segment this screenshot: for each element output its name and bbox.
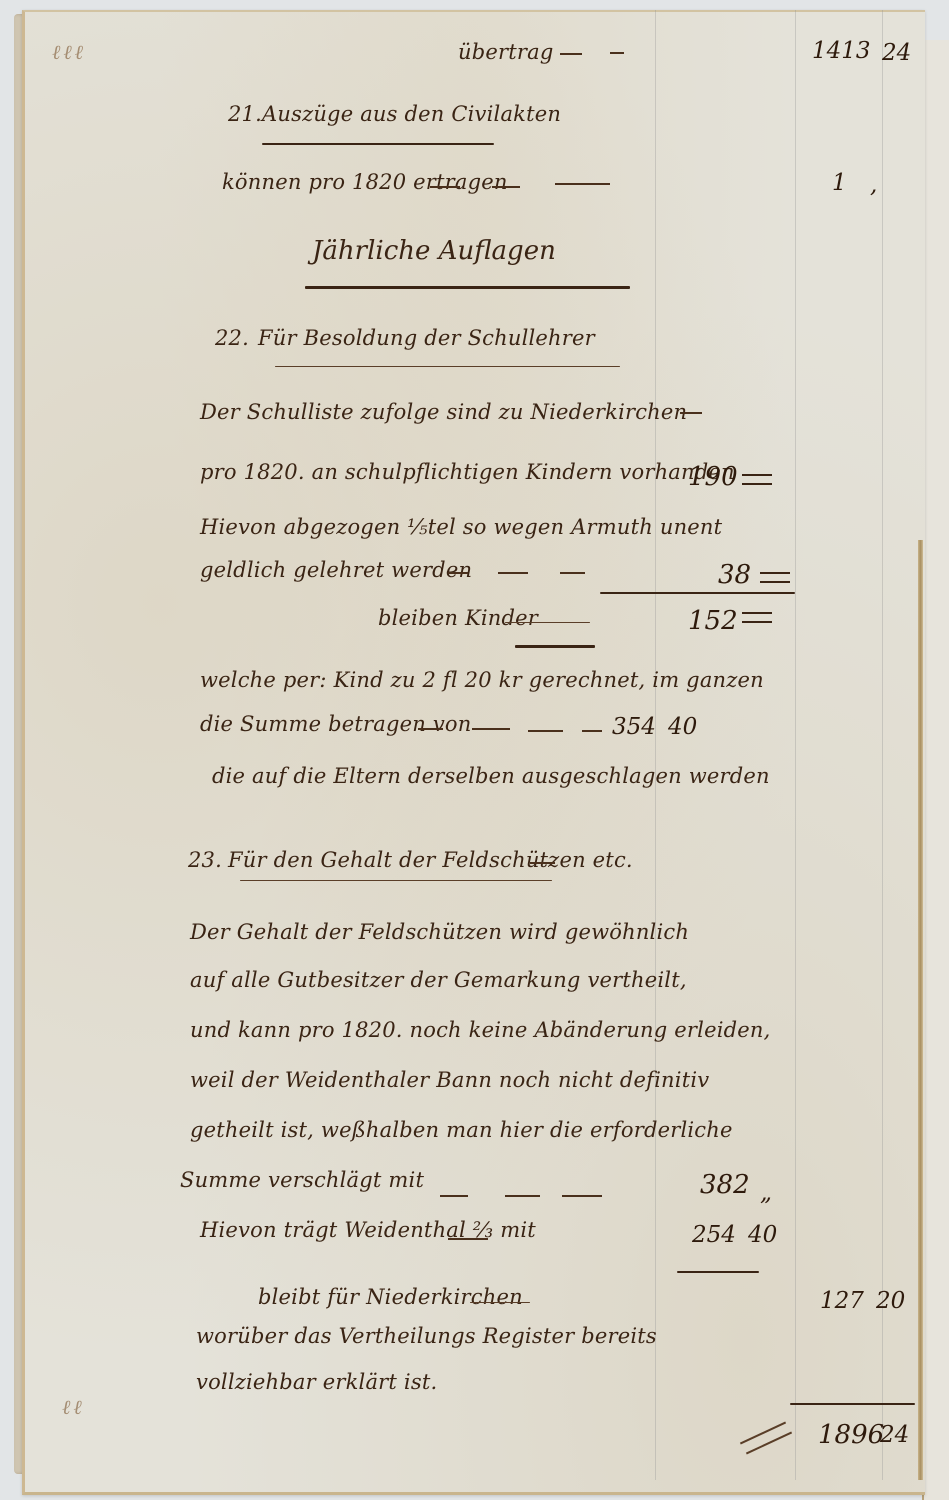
binding-gutter: [918, 540, 923, 1480]
section-22-calc-3: die auf die Eltern derselben ausgeschlag…: [212, 764, 770, 788]
filler-dash: [560, 53, 582, 55]
filler-dash: [430, 186, 460, 188]
filler-dash: [680, 412, 702, 414]
facing-page-edge: [922, 40, 949, 1500]
double-dash: [742, 612, 772, 623]
filler-dash: [560, 572, 585, 574]
children-total: 190: [688, 462, 738, 492]
filler-line: [505, 622, 590, 623]
filler-dash: [448, 572, 468, 574]
section-22-calc-2: die Summe betragen von: [200, 712, 471, 736]
column-rule-middle: [795, 10, 796, 1480]
summe-fl: 382: [700, 1170, 750, 1200]
carry-over-label: übertrag: [458, 40, 553, 64]
filler-line: [470, 1302, 530, 1303]
filler-dash: [448, 1238, 488, 1240]
filler-dash: [582, 730, 602, 732]
section-21-title: Auszüge aus den Civilakten: [262, 102, 561, 126]
children-deducted: 38: [718, 560, 751, 590]
page-total-kr: 24: [880, 1422, 909, 1448]
carry-over-fl: 1413: [812, 38, 871, 64]
double-dash: [760, 572, 790, 583]
filler-dash: [530, 862, 555, 864]
section-23-line-5: getheilt ist, weßhalben man hier die erf…: [190, 1118, 733, 1142]
ledger-page: [22, 10, 925, 1495]
section-23-line-8: bleibt für Niederkirchen: [258, 1285, 523, 1309]
total-rule: [790, 1403, 915, 1405]
section-22-title: Für Besoldung der Schullehrer: [258, 326, 595, 350]
scanned-document: ℓℓℓ ℓℓ übertrag 1413 24 21. Auszüge aus …: [0, 0, 949, 1500]
section-23-line-9: worüber das Vertheilungs Register bereit…: [196, 1324, 657, 1348]
section-22-calc-1: welche per: Kind zu 2 fl 20 kr gerechnet…: [200, 668, 764, 692]
filler-dash: [498, 572, 528, 574]
section-23-line-6: Summe verschlägt mit: [180, 1168, 424, 1192]
carry-over-kr: 24: [882, 40, 911, 66]
main-heading: Jährliche Auflagen: [312, 236, 556, 266]
filler-dash: [505, 1195, 540, 1197]
filler-dash: [555, 183, 610, 185]
section-21-amount-kr: ,: [870, 172, 877, 198]
section-23-line-10: vollziehbar erklärt ist.: [196, 1370, 437, 1394]
section-22-line-3: Hievon abgezogen ⅕tel so wegen Armuth un…: [200, 515, 722, 539]
main-heading-underline: [305, 286, 630, 289]
section-22-line-1: Der Schulliste zufolge sind zu Niederkir…: [200, 400, 687, 424]
section-23-line-3: und kann pro 1820. noch keine Abänderung…: [190, 1018, 771, 1042]
section-23-number: 23.: [188, 848, 222, 872]
margin-mark-bottom: ℓℓ: [62, 1395, 85, 1420]
double-dash: [742, 474, 772, 485]
heavy-rule: [515, 645, 595, 648]
section-22-line-4: geldlich gelehret werden: [200, 558, 472, 582]
filler-dash: [610, 52, 624, 54]
weidenthal-fl: 254: [692, 1222, 736, 1248]
section-23-line-4: weil der Weidenthaler Bann noch nicht de…: [190, 1068, 709, 1092]
subtotal-rule: [677, 1271, 759, 1273]
section-22-underline: [275, 366, 620, 367]
remaining-kr: 20: [876, 1288, 905, 1314]
section-23-line-1: Der Gehalt der Feldschützen wird gewöhnl…: [190, 920, 689, 944]
section-23-line-2: auf alle Gutbesitzer der Gemarkung verth…: [190, 968, 687, 992]
section-22-line-2: pro 1820. an schulpflichtigen Kindern vo…: [200, 460, 735, 484]
filler-dash: [418, 728, 443, 730]
weidenthal-kr: 40: [748, 1222, 777, 1248]
column-rule-left: [655, 10, 656, 1480]
section-22-line-5: bleiben Kinder: [378, 606, 538, 630]
section-21-number: 21.: [228, 102, 262, 126]
section-23-underline: [240, 880, 552, 881]
remaining-fl: 127: [820, 1288, 864, 1314]
section-21-amount-fl: 1: [832, 170, 847, 196]
section-22-amount-fl: 354: [612, 714, 656, 740]
section-22-number: 22.: [215, 326, 249, 350]
margin-mark-top: ℓℓℓ: [52, 40, 86, 65]
subtotal-rule: [600, 592, 795, 594]
column-rule-right: [882, 10, 883, 1480]
filler-dash: [440, 1195, 468, 1197]
section-22-amount-kr: 40: [668, 714, 697, 740]
filler-dash: [472, 728, 510, 730]
filler-dash: [492, 186, 520, 188]
page-total-fl: 1896: [818, 1420, 884, 1450]
children-remaining: 152: [688, 606, 738, 636]
filler-dash: [562, 1195, 602, 1197]
summe-kr: „: [760, 1180, 772, 1206]
section-21-text: können pro 1820 ertragen: [222, 170, 508, 194]
section-21-underline: [262, 143, 494, 145]
filler-dash: [528, 730, 563, 732]
section-23-title: Für den Gehalt der Feldschützen etc.: [228, 848, 633, 872]
